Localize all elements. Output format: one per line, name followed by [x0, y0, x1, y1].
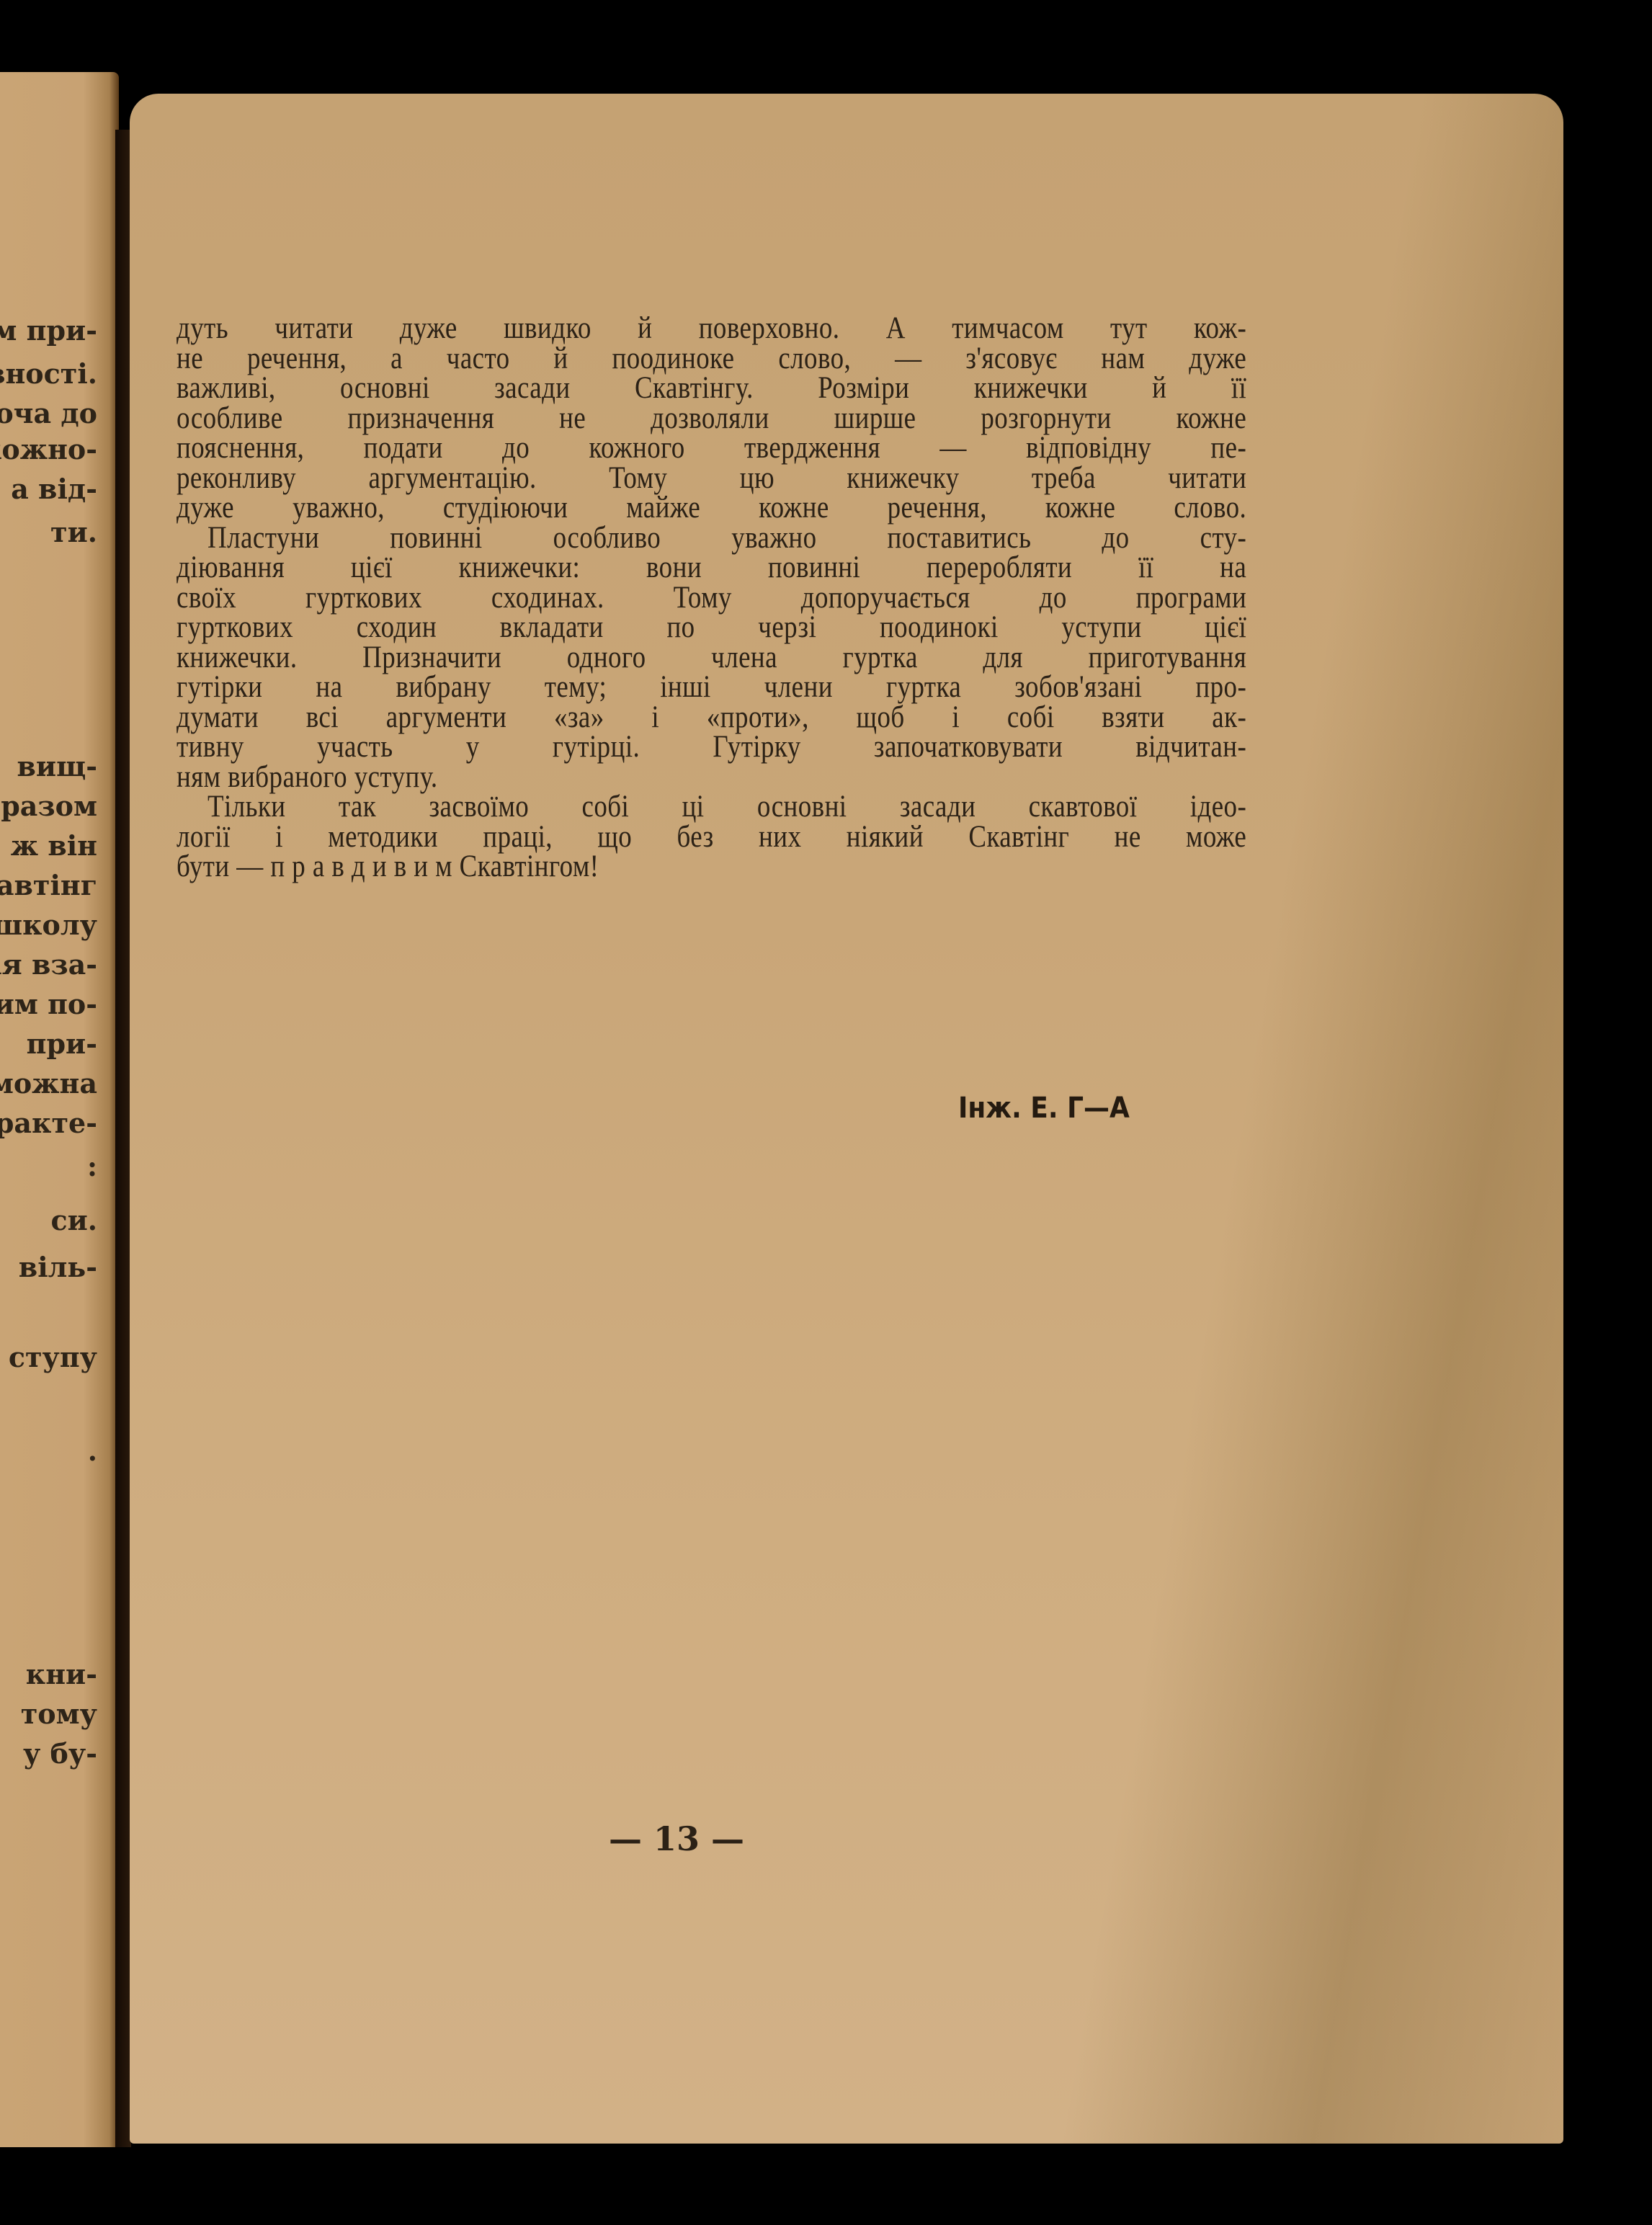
left-page-text-fragment: ступу: [9, 1344, 97, 1371]
left-page-text-fragment: м при-: [0, 317, 97, 344]
left-page-text-fragment: віль-: [19, 1254, 97, 1281]
text-line: тивну участь у гутірці. Гутірку започатк…: [177, 732, 1246, 762]
text-line: реконливу аргументацію. Тому цю книжечку…: [177, 463, 1246, 494]
left-page-text-fragment: .: [88, 1437, 97, 1465]
left-page-text-fragment: им по-: [0, 991, 97, 1018]
left-page-text-fragment: ія вза-: [0, 951, 97, 978]
left-page-text-fragment: разом: [1, 793, 97, 820]
left-page-text-fragment: у бу-: [23, 1740, 97, 1767]
left-page-text-fragment: школу: [0, 911, 97, 939]
left-page-text-fragment: ж він: [11, 832, 97, 860]
text-line: дуть читати дуже швидко й поверховно. А …: [177, 313, 1246, 344]
text-line: пояснення, подати до кожного твердження …: [177, 433, 1246, 463]
left-page-text-fragment: ти.: [50, 519, 97, 546]
text-line: думати всі аргументи «за» і «проти», щоб…: [177, 703, 1246, 733]
text-line: не речення, а часто й поодиноке слово, —…: [177, 344, 1246, 374]
left-page-text-fragment: вності.: [0, 360, 97, 388]
book-gutter: [115, 130, 131, 2147]
text-line: важливі, основні засади Скавтінгу. Розмі…: [177, 373, 1246, 403]
left-page-text-fragment: оча до: [0, 400, 97, 427]
left-page-text-fragment: ракте-: [0, 1110, 97, 1137]
text-line: бути — п р а в д и в и м Скавтінгом!: [177, 852, 1246, 882]
left-page-text-fragment: автінг: [0, 872, 97, 899]
left-page-text-fragment: си.: [50, 1207, 97, 1234]
text-line: Пластуни повинні особливо уважно постави…: [177, 523, 1246, 553]
left-page-text-fragment: вищ-: [17, 753, 97, 780]
author-signature: Інж. Е. Г—А: [958, 1092, 1130, 1125]
text-line: ням вибраного уступу.: [177, 762, 1246, 793]
text-line: особливе призначення не дозволяли ширше …: [177, 403, 1246, 434]
text-line: книжечки. Призначити одного члена гуртка…: [177, 643, 1246, 673]
left-page-text-fragment: а від-: [11, 476, 97, 503]
left-page-text-fragment: можна: [0, 1070, 97, 1097]
page-body-text: дуть читати дуже швидко й поверховно. А …: [177, 313, 1097, 882]
text-line: дуже уважно, студіюючи майже кожне речен…: [177, 493, 1246, 523]
left-page-text-fragment: при-: [27, 1030, 97, 1058]
left-page-fragment: м при-вності.оча докожно-а від-ти.вищ-ра…: [0, 72, 119, 2147]
page-number: — 13 —: [609, 1819, 744, 1858]
text-line: гурткових сходин вкладати по черзі пооди…: [177, 612, 1246, 643]
left-page-text-fragment: кожно-: [0, 436, 97, 463]
left-page-text-fragment: :: [87, 1153, 97, 1180]
text-line: гутірки на вибрану тему; інші члени гурт…: [177, 672, 1246, 703]
text-line: логії і методики праці, що без них ніяки…: [177, 822, 1246, 852]
text-line: діювання цієї книжечки: вони повинні пер…: [177, 553, 1246, 583]
text-line: Тільки так засвоїмо собі ці основні заса…: [177, 792, 1246, 822]
left-page-text-fragment: кни-: [26, 1661, 97, 1688]
left-page-text-fragment: тому: [21, 1700, 97, 1728]
text-line: своїх гурткових сходинах. Тому допоручає…: [177, 583, 1246, 613]
